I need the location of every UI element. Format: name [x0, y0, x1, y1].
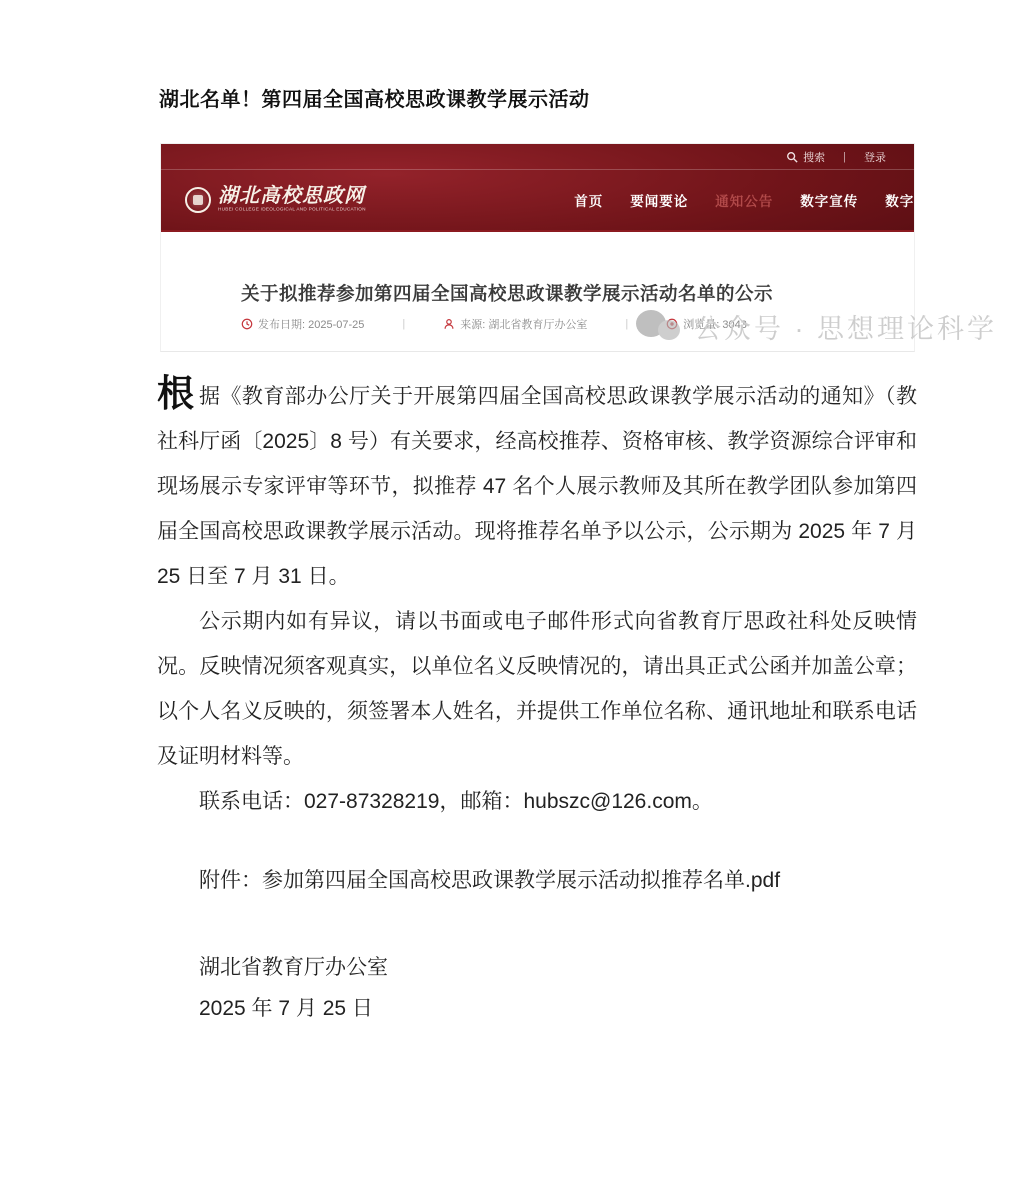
- search-icon: [786, 151, 798, 163]
- paragraph-2: 公示期内如有异议，请以书面或电子邮件形式向省教育厅思政社科处反映情况。反映情况须…: [157, 599, 917, 779]
- article-meta-row: 发布日期: 2025-07-25 | 来源: 湖北省教育厅办公室 | 浏览量: …: [241, 316, 894, 332]
- paragraph-3-contact: 联系电话：027-87328219，邮箱：hubszc@126.com。: [157, 779, 917, 824]
- attachment-line: 附件：参加第四届全国高校思政课教学展示活动拟推荐名单.pdf: [157, 858, 917, 903]
- nav-item-home[interactable]: 首页: [574, 190, 603, 210]
- paragraph-1: 根据《教育部办公厅关于开展第四届全国高校思政课教学展示活动的通知》（教社科厅函〔…: [157, 374, 917, 599]
- login-link[interactable]: 登录: [864, 149, 886, 165]
- publish-date: 发布日期: 2025-07-25: [241, 316, 364, 332]
- search-label: 搜索: [803, 149, 825, 165]
- logo-subtitle: HUBEI COLLEGE IDEOLOGICAL AND POLITICAL …: [218, 207, 366, 212]
- person-icon: [443, 318, 455, 330]
- logo-emblem-icon: [185, 187, 211, 213]
- main-nav: 首页 要闻要论 通知公告 数字宣传 数字思政 大思政课 专题聚焦 图说高校: [574, 190, 914, 210]
- article-body: 根据《教育部办公厅关于开展第四届全国高校思政课教学展示活动的通知》（教社科厅函〔…: [157, 374, 917, 1031]
- paragraph-1-text: 据《教育部办公厅关于开展第四届全国高校思政课教学展示活动的通知》（教社科厅函〔2…: [157, 385, 917, 588]
- eye-icon: [666, 318, 678, 330]
- view-count-label: 浏览量: 3043: [683, 316, 747, 332]
- site-logo[interactable]: 湖北高校思政网 HUBEI COLLEGE IDEOLOGICAL AND PO…: [185, 185, 502, 216]
- publish-date-label: 发布日期: 2025-07-25: [258, 316, 364, 332]
- signature-line: 湖北省教育厅办公室: [157, 945, 917, 990]
- date-line: 2025 年 7 月 25 日: [157, 986, 917, 1031]
- view-count: 浏览量: 3043: [666, 316, 747, 332]
- drop-cap: 根: [157, 374, 199, 414]
- article-source: 来源: 湖北省教育厅办公室: [443, 316, 587, 332]
- search-button[interactable]: 搜索: [786, 149, 825, 165]
- nav-item-digital-publicity[interactable]: 数字宣传: [800, 190, 858, 210]
- page-title: 湖北名单！第四届全国高校思政课教学展示活动: [159, 83, 590, 112]
- nav-item-news[interactable]: 要闻要论: [630, 190, 688, 210]
- clock-icon: [241, 318, 253, 330]
- site-banner: 搜索 | 登录 湖北高校思政网 HUBEI COLLEGE IDEOLOGICA…: [161, 144, 914, 232]
- site-screenshot-card: 搜索 | 登录 湖北高校思政网 HUBEI COLLEGE IDEOLOGICA…: [160, 143, 915, 352]
- topbar-separator: |: [835, 151, 854, 163]
- meta-divider: |: [364, 318, 443, 330]
- meta-divider: |: [587, 318, 666, 330]
- nav-item-digital-ideology[interactable]: 数字思政: [885, 190, 914, 210]
- article-title: 关于拟推荐参加第四届全国高校思政课教学展示活动名单的公示: [241, 280, 773, 306]
- banner-topbar: 搜索 | 登录: [161, 144, 914, 170]
- article-head: 关于拟推荐参加第四届全国高校思政课教学展示活动名单的公示 发布日期: 2025-…: [161, 232, 914, 351]
- article-source-label: 来源: 湖北省教育厅办公室: [460, 316, 587, 332]
- logo-name: 湖北高校思政网: [218, 185, 502, 205]
- banner-main: 湖北高校思政网 HUBEI COLLEGE IDEOLOGICAL AND PO…: [161, 170, 914, 230]
- nav-item-notices[interactable]: 通知公告: [715, 190, 773, 210]
